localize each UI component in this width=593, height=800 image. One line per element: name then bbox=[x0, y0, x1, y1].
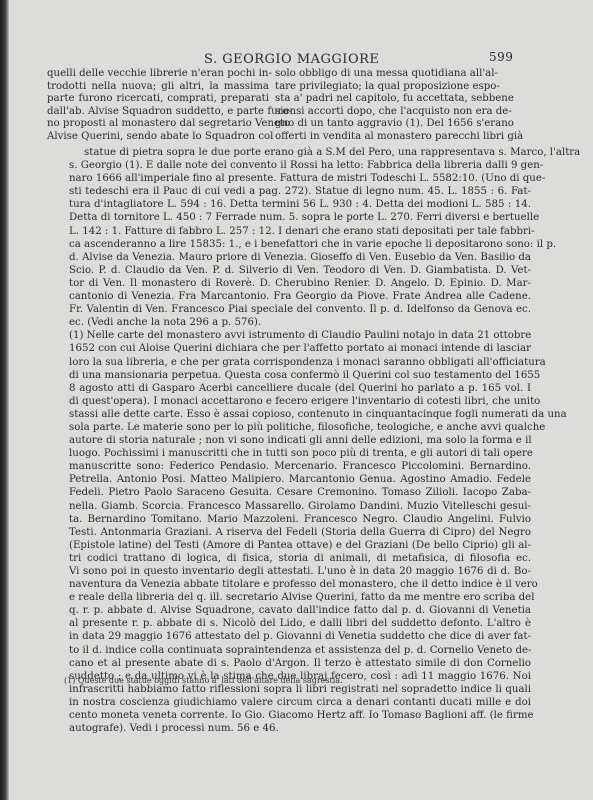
note-line: (1) Nelle carte del monastero avvi istru… bbox=[69, 329, 531, 342]
note-line: naro 1666 all'imperiale fino al presente… bbox=[69, 172, 531, 185]
note-line: Fr. Valentin di Ven. Francesco Piai spec… bbox=[69, 303, 531, 316]
text-line: parte furono ricercati, comprati, prepar… bbox=[47, 93, 269, 106]
text-line: siensi accorti dopo, che l'acquisto non … bbox=[275, 106, 497, 119]
note-line: Scio. P. d. Claudio da Ven. P. d. Silver… bbox=[69, 264, 531, 277]
note-line: ca ascenderanno a lire 15835: 1., e i be… bbox=[69, 238, 531, 251]
text-line: quelli delle vecchie librerie n'eran poc… bbox=[47, 68, 269, 81]
note-line: s. Georgio (1). E dalle note del convent… bbox=[69, 159, 531, 172]
text-line: offerti in vendita al monastero parecchi… bbox=[275, 131, 497, 144]
note-continuation: statue di pietra sopra le due porte eran… bbox=[69, 146, 531, 329]
note-line: naventura da Venezia abbate titolare e p… bbox=[69, 578, 531, 591]
text-line: sta a' padri nel capitolo, fu accettata,… bbox=[275, 93, 497, 106]
note-line: 8 agosto atti di Gasparo Acerbi cancelli… bbox=[69, 382, 531, 395]
note-line: luogo. Pochissimi i manuscritti che in t… bbox=[69, 447, 531, 460]
text-line: trodotti nella nuova; gli altri, la mass… bbox=[47, 81, 269, 94]
note-line: manuscritte sono: Federico Pendasio. Mer… bbox=[69, 460, 531, 473]
note-line: q. r. p. abbate d. Alvise Squadrone, cav… bbox=[69, 604, 531, 617]
note-line: in data 29 maggio 1676 attestato del p. … bbox=[69, 630, 531, 643]
note-line: al presente r. p. abbate di s. Nicolò de… bbox=[69, 617, 531, 630]
book-spine-shadow bbox=[0, 0, 9, 800]
right-column: solo obbligo di una messa quotidiana all… bbox=[275, 68, 497, 144]
note-line: (Epistole latine) del Testi (Amore di Pa… bbox=[69, 539, 531, 552]
page-number: 599 bbox=[489, 50, 513, 64]
note-1: (1) Nelle carte del monastero avvi istru… bbox=[69, 329, 531, 735]
note-line: statue di pietra sopra le due porte eran… bbox=[69, 146, 531, 159]
note-line: Testi. Antonmaria Graziani. A riserva de… bbox=[69, 526, 531, 539]
note-line: loro la sua libreria, e che per grata co… bbox=[69, 356, 531, 369]
left-column: quelli delle vecchie librerie n'eran poc… bbox=[47, 68, 269, 144]
note-line: cano et al presente abate di s. Paolo d'… bbox=[69, 657, 531, 670]
note-line: ta. Bernardino Tomitano. Mario Mazzoleni… bbox=[69, 513, 531, 526]
note-line: tor di Ven. Il monastero di Roverè. D. C… bbox=[69, 277, 531, 290]
text-line: solo obbligo di una messa quotidiana all… bbox=[275, 68, 497, 81]
note-line: nella. Giamb. Scorcia. Francesco Massare… bbox=[69, 500, 531, 513]
note-line: Detta di tornitore L. 450 : 7 Ferrade nu… bbox=[69, 211, 531, 224]
text-line: no proposti al monastero dal segretario … bbox=[47, 118, 269, 131]
note-line: in nostra coscienza giudichiamo valere c… bbox=[69, 696, 531, 709]
footnote: (1) Queste due statue oggidì stanno a' l… bbox=[64, 676, 343, 685]
note-line: autografe). Vedi i processi num. 56 e 46… bbox=[69, 722, 531, 735]
text-line: dall'ab. Alvise Squadron suddetto, e par… bbox=[47, 106, 269, 119]
note-line: e reale della libreria del q. ill. secre… bbox=[69, 591, 531, 604]
note-line: ec. (Vedi anche la nota 296 a p. 576). bbox=[69, 316, 531, 329]
note-line: 1652 con cui Aloise Querini dichiara che… bbox=[69, 342, 531, 355]
note-line: tri codici trattano di logica, di fisica… bbox=[69, 552, 531, 565]
note-line: cantonio di Venezia. Fra Marcantonio. Fr… bbox=[69, 290, 531, 303]
note-line: di una mansionaria perpetua. Questa cosa… bbox=[69, 369, 531, 382]
note-line: Vi sono poi in questo inventario degli a… bbox=[69, 565, 531, 578]
scanned-page: S. GEORGIO MAGGIORE 599 quelli delle vec… bbox=[9, 0, 593, 800]
note-line: sola parte. Le materie sono per lo più p… bbox=[69, 421, 531, 434]
note-line: tura d'intagliatore L. 594 : 16. Detta t… bbox=[69, 198, 531, 211]
note-line: di quest'opera). I monaci accettarono e … bbox=[69, 395, 531, 408]
note-line: sti tedeschi era il Pauc di cui vedi a p… bbox=[69, 185, 531, 198]
note-line: Petrella. Antonio Posi. Matteo Malipiero… bbox=[69, 473, 531, 486]
note-line: L. 142 : 1. Fatture di fabbro L. 257 : 1… bbox=[69, 225, 531, 238]
note-line: cento moneta veneta corrente. Io Gio. Gi… bbox=[69, 709, 531, 722]
note-line: to il d. indice colla continuata soprain… bbox=[69, 644, 531, 657]
note-line: d. Alvise da Venezia. Mauro priore di Ve… bbox=[69, 251, 531, 264]
text-line: Alvise Querini, sendo abate lo Squadron … bbox=[47, 131, 269, 144]
page-title: S. GEORGIO MAGGIORE bbox=[204, 52, 379, 67]
text-line: gno di un tanto aggravio (1). Del 1656 s… bbox=[275, 118, 497, 131]
notes-block: statue di pietra sopra le due porte eran… bbox=[69, 146, 531, 735]
note-line: Fedeli. Pietro Paolo Saraceno Gesuita. C… bbox=[69, 486, 531, 499]
note-line: autore di storia naturale ; non vi sono … bbox=[69, 434, 531, 447]
note-line: stassi alle dette carte. Esso è assai co… bbox=[69, 408, 531, 421]
text-line: tare privilegiato; la qual proposizione … bbox=[275, 81, 497, 94]
main-text-columns: quelli delle vecchie librerie n'eran poc… bbox=[47, 68, 497, 144]
